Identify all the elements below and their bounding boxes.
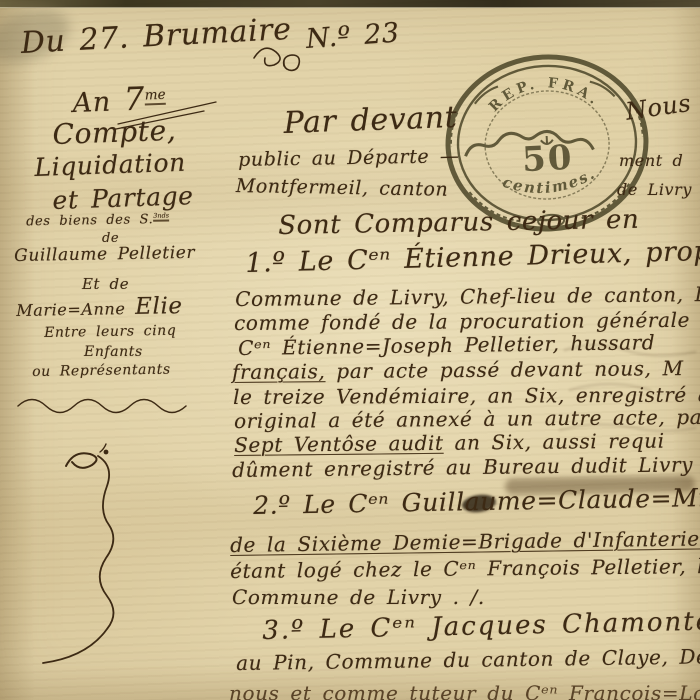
paragraph1-line2: Commune de Livry, Chef-lieu de canton, D… bbox=[235, 282, 700, 311]
margin-title-3: et Partage bbox=[52, 181, 194, 215]
header-year-word: An bbox=[72, 87, 111, 119]
margin-title-4: des biens des S.3nds bbox=[26, 212, 169, 230]
paragraph3-line2: au Pin, Commune du canton de Claye, Dé bbox=[236, 644, 700, 675]
margin-title-8a: Marie=Anne bbox=[16, 299, 126, 320]
margin-title-4b: 3nds bbox=[153, 212, 169, 222]
bleedthrough-marks bbox=[560, 330, 700, 450]
manuscript-page: Du 27. Brumaire N.º 23 An 7me Compte, Li… bbox=[0, 0, 700, 700]
margin-title-7: Et de bbox=[82, 275, 129, 293]
margin-title-8b: Elie bbox=[135, 293, 183, 320]
opening-line-2: public au Départe — bbox=[238, 145, 460, 171]
page-top-edge bbox=[0, 0, 700, 8]
paragraph1-line5-underlined: français, bbox=[232, 359, 326, 384]
paragraph2-line1: 2.º Le Cᵉⁿ Guillaume=Claude=Michel bbox=[253, 482, 700, 520]
paragraph2-line2: de la Sixième Demie=Brigade d'Infanterie… bbox=[230, 526, 700, 557]
margin-title-9: Entre leurs cinq bbox=[44, 323, 177, 341]
opening-line-1: Par devant bbox=[283, 100, 458, 141]
margin-title-11: ou Représentants bbox=[32, 362, 171, 380]
paragraph1-line8-underlined: Sept Ventôse audit bbox=[234, 431, 444, 457]
opening-right-2: ment d bbox=[619, 151, 683, 170]
margin-title-6: Guillaume Pelletier bbox=[14, 243, 195, 266]
paragraph3-line3-c: Cᵉⁿ François=Lo bbox=[514, 681, 700, 700]
header-number: N.º 23 bbox=[305, 17, 401, 54]
stamp-value: 50 bbox=[521, 138, 574, 181]
paragraph1-line1: 1.º Le Cᵉⁿ Étienne Drieux, propri bbox=[245, 235, 700, 279]
header-flourish bbox=[250, 40, 308, 74]
margin-wavy-flourish bbox=[14, 390, 204, 418]
paragraph3-line3: nous et comme tuteur du Cᵉⁿ François=Lo bbox=[229, 681, 700, 700]
margin-title-2: Liquidation bbox=[34, 148, 186, 182]
margin-title-10: Enfants bbox=[84, 344, 143, 360]
stamp-top-text: REP. FRA. bbox=[485, 72, 605, 115]
paragraph2-line3: étant logé chez le Cᵉⁿ François Pelletie… bbox=[230, 554, 700, 583]
paragraph1-line9: dûment enregistré au Bureau dudit Livry bbox=[232, 452, 693, 482]
margin-title-1: Compte, bbox=[52, 114, 177, 151]
comparution-line: Sont Comparus cejour en bbox=[278, 205, 640, 241]
paragraph3-line3-underlined: comme tuteur du bbox=[322, 681, 514, 700]
margin-title-8: Marie=Anne Elie bbox=[16, 293, 183, 322]
margin-paraph-flourish bbox=[20, 436, 170, 681]
paragraph2-line4: Commune de Livry . /. bbox=[232, 585, 485, 609]
paragraph3-line1: 3.º Le Cᵉⁿ Jacques Chamonte bbox=[262, 607, 700, 646]
opening-right-3: de Livry bbox=[617, 180, 692, 199]
margin-title-4a: des biens des S. bbox=[26, 212, 153, 229]
paragraph3-line3-a: nous et bbox=[229, 681, 322, 700]
opening-line-3: Montfermeil, canton bbox=[236, 175, 449, 201]
